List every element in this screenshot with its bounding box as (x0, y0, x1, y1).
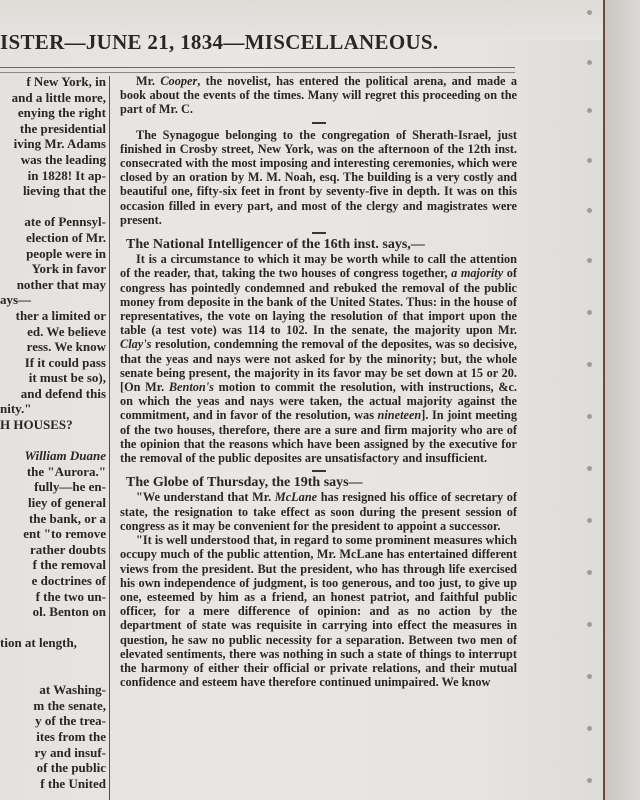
binding-hole (587, 310, 592, 315)
article-heading-globe: The Globe of Thursday, the 19th says— (126, 476, 517, 490)
text-line: nity." (0, 401, 106, 417)
text-line: fully—he en- (0, 479, 106, 495)
column-divider (109, 76, 110, 800)
text-line: ate of Pennsyl- (0, 214, 106, 230)
italic-text: nineteen (378, 408, 422, 422)
binding-hole (587, 674, 592, 679)
text-line: ry and insuf- (0, 745, 106, 761)
italic-name: Cooper (160, 74, 197, 88)
binding-holes (587, 0, 597, 800)
text-line: ites from the (0, 729, 106, 745)
text-line: and defend this (0, 386, 106, 402)
article-globe-p1: "We understand that Mr. McLane has resig… (120, 490, 517, 533)
text-line: f the removal (0, 557, 106, 573)
text-line: the presidential (0, 121, 106, 137)
article-cooper: Mr. Cooper, the novelist, has entered th… (120, 74, 517, 117)
left-column: f New York, in and a little more, enying… (0, 74, 106, 791)
page-masthead: ISTER—JUNE 21, 1834—MISCELLANEOUS. (0, 30, 520, 55)
text-line: iving Mr. Adams (0, 136, 106, 152)
text-line: e doctrines of (0, 573, 106, 589)
binding-hole (587, 466, 592, 471)
text-line: at Washing- (0, 682, 106, 698)
text-line: and a little more, (0, 90, 106, 106)
binding-hole (587, 208, 592, 213)
text-line: was the leading (0, 152, 106, 168)
binding-hole (587, 60, 592, 65)
underlying-page (605, 0, 640, 800)
text-line: m the senate, (0, 698, 106, 714)
section-dash (312, 122, 326, 124)
section-dash (312, 470, 326, 472)
text-line: nother that may (0, 277, 106, 293)
text-line: William Duane (0, 448, 106, 464)
italic-text: a majority (451, 266, 503, 280)
text-line: in 1828! It ap- (0, 168, 106, 184)
text-line: enying the right (0, 105, 106, 121)
text-line: ent "to remove (0, 526, 106, 542)
article-heading-intelligencer: The National Intelligencer of the 16th i… (126, 238, 517, 252)
text-line: the "Aurora." (0, 464, 106, 480)
text-line (0, 433, 106, 449)
text-line: York in favor (0, 261, 106, 277)
text-line (0, 667, 106, 683)
text-line: ed. We believe (0, 324, 106, 340)
text: Mr. (136, 74, 160, 88)
binding-hole (587, 570, 592, 575)
text-line (0, 199, 106, 215)
text-line: ress. We know (0, 339, 106, 355)
text-line (0, 620, 106, 636)
text-line: ther a limited or (0, 308, 106, 324)
text-line: f the United (0, 776, 106, 792)
header-rule (0, 67, 515, 73)
text-line: y of the trea- (0, 713, 106, 729)
text-line: ays— (0, 292, 106, 308)
article-synagogue: The Synagogue belonging to the congregat… (120, 128, 517, 227)
text-line: tion at length, (0, 635, 106, 651)
binding-hole (587, 726, 592, 731)
binding-hole (587, 108, 592, 113)
text-line: ol. Benton on (0, 604, 106, 620)
binding-hole (587, 362, 592, 367)
text-line: of the public (0, 760, 106, 776)
text-line: lieving that the (0, 183, 106, 199)
binding-hole (587, 10, 592, 15)
text-line: people were in (0, 246, 106, 262)
italic-name: Clay's (120, 337, 151, 351)
italic-name: McLane (275, 490, 317, 504)
binding-hole (587, 414, 592, 419)
binding-hole (587, 518, 592, 523)
text-line: H HOUSES? (0, 417, 106, 433)
text-line: liey of general (0, 495, 106, 511)
section-dash (312, 232, 326, 234)
text-line: election of Mr. (0, 230, 106, 246)
text-line: f the two un- (0, 589, 106, 605)
italic-name: Benton's (169, 380, 214, 394)
text-line: If it could pass (0, 355, 106, 371)
text-line (0, 651, 106, 667)
text-line: rather doubts (0, 542, 106, 558)
text-line: f New York, in (0, 74, 106, 90)
text: "We understand that Mr. (136, 490, 275, 504)
binding-hole (587, 158, 592, 163)
text-line: the bank, or a (0, 511, 106, 527)
text-line: it must be so), (0, 370, 106, 386)
article-intelligencer: It is a circumstance to which it may be … (120, 252, 517, 465)
article-globe-p2: "It is well understood that, in regard t… (120, 533, 517, 689)
binding-hole (587, 778, 592, 783)
main-column: Mr. Cooper, the novelist, has entered th… (120, 74, 517, 689)
binding-hole (587, 622, 592, 627)
binding-hole (587, 258, 592, 263)
